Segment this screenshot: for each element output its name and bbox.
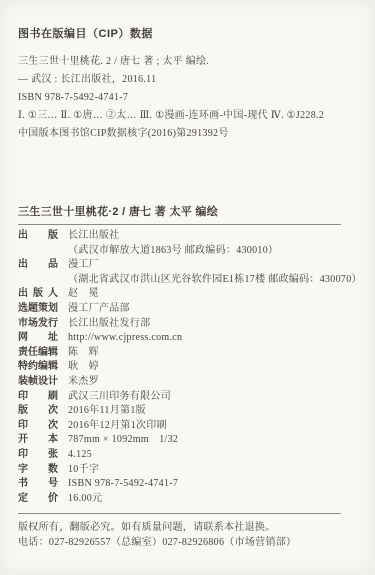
row-label: 特约编辑 [18, 360, 58, 375]
row-value: 米杰罗 [68, 375, 99, 390]
cip-line-isbn: ISBN 978-7-5492-4741-7 [18, 89, 361, 107]
row-value: 长江出版社 [68, 229, 120, 244]
row-design: 装帧设计 米杰罗 [18, 375, 361, 390]
row-label: 印刷 [18, 390, 58, 405]
row-label: 选题策划 [18, 302, 58, 317]
row-label: 印次 [18, 419, 58, 434]
row-label: 市场发行 [18, 317, 58, 332]
cip-line-record-number: 中国版本图书馆CIP数据核字(2016)第291392号 [18, 125, 361, 143]
copyright-notice: 版权所有，翻版必究。如有质量问题，请联系本社退换。 [18, 521, 341, 536]
row-managing-editor: 责任编辑 陈 辉 [18, 346, 361, 361]
footer-notice: 版权所有，翻版必究。如有质量问题，请联系本社退换。 电话：027-8292655… [18, 513, 341, 550]
row-value: 16.00元 [68, 492, 102, 507]
row-impression: 印次 2016年12月第1次印刷 [18, 419, 361, 434]
cip-heading: 图书在版编目（CIP）数据 [18, 28, 361, 41]
row-label: 版次 [18, 404, 58, 419]
row-label: 出品 [18, 258, 58, 273]
row-label: 书号 [18, 477, 58, 492]
row-producer: 出品 漫工厂 [18, 258, 361, 273]
colophon-rows: 出版 长江出版社 （武汉市解放大道1863号 邮政编码：430010） 出品 漫… [18, 229, 361, 506]
row-label: 开本 [18, 433, 58, 448]
row-producer-address: （湖北省武汉市洪山区光谷软件园E1栋17楼 邮政编码：430070） [18, 273, 361, 288]
row-value: 2016年11月第1版 [68, 404, 146, 419]
row-price: 定价 16.00元 [18, 492, 361, 507]
row-value: 耿 婷 [68, 360, 99, 375]
row-distribution: 市场发行 长江出版社发行部 [18, 317, 361, 332]
row-special-editor: 特约编辑 耿 婷 [18, 360, 361, 375]
row-value: 4.125 [68, 448, 92, 463]
row-publisher-address: （武汉市解放大道1863号 邮政编码：430010） [18, 244, 361, 259]
row-value: 漫工厂产品部 [68, 302, 130, 317]
row-value website-url: http://www.cjpress.com.cn [68, 331, 182, 346]
contact-phones: 电话：027-82926557（总编室）027-82926806（市场营销部） [18, 536, 341, 551]
row-website: 网址 http://www.cjpress.com.cn [18, 331, 361, 346]
row-label: 网址 [18, 331, 58, 346]
cip-line-publisher: — 武汉 : 长江出版社，2016.11 [18, 71, 361, 89]
row-value: 陈 辉 [68, 346, 99, 361]
row-value: （湖北省武汉市洪山区光谷软件园E1栋17楼 邮政编码：430070） [68, 273, 362, 288]
row-printer: 印刷 武汉三川印务有限公司 [18, 390, 361, 405]
colophon-title: 三生三世十里桃花·2 / 唐七 著 太平 编绘 [18, 205, 341, 225]
row-publisher-person: 出版人 赵 冕 [18, 287, 361, 302]
row-value: ISBN 978-7-5492-4741-7 [68, 477, 178, 492]
row-label: 出版 [18, 229, 58, 244]
colophon-block: 三生三世十里桃花·2 / 唐七 著 太平 编绘 出版 长江出版社 （武汉市解放大… [18, 205, 361, 506]
cip-block: 图书在版编目（CIP）数据 三生三世十里桃花. 2 / 唐七 著 ; 太平 编绘… [18, 28, 361, 143]
row-label [18, 244, 58, 259]
row-label: 定价 [18, 492, 58, 507]
row-label: 印张 [18, 448, 58, 463]
row-label: 责任编辑 [18, 346, 58, 361]
cip-line-title-statement: 三生三世十里桃花. 2 / 唐七 著 ; 太平 编绘. [18, 53, 361, 71]
row-label: 装帧设计 [18, 375, 58, 390]
row-value: 10千字 [68, 463, 99, 478]
row-label [18, 273, 58, 288]
row-publisher: 出版 长江出版社 [18, 229, 361, 244]
row-isbn: 书号 ISBN 978-7-5492-4741-7 [18, 477, 361, 492]
row-value: 787mm × 1092mm 1/32 [68, 433, 178, 448]
row-value: （武汉市解放大道1863号 邮政编码：430010） [68, 244, 278, 259]
row-topic-planning: 选题策划 漫工厂产品部 [18, 302, 361, 317]
row-edition: 版次 2016年11月第1版 [18, 404, 361, 419]
row-printed-sheets: 印张 4.125 [18, 448, 361, 463]
row-label: 字数 [18, 463, 58, 478]
row-word-count: 字数 10千字 [18, 463, 361, 478]
row-value: 赵 冕 [68, 287, 99, 302]
row-value: 武汉三川印务有限公司 [68, 390, 171, 405]
cip-line-classification: Ⅰ. ①三… Ⅱ. ①唐… ②太… Ⅲ. ①漫画-连环画-中国-现代 Ⅳ. ①J… [18, 107, 361, 125]
book-copyright-page: 图书在版编目（CIP）数据 三生三世十里桃花. 2 / 唐七 著 ; 太平 编绘… [0, 0, 375, 575]
row-value: 2016年12月第1次印刷 [68, 419, 167, 434]
row-value: 长江出版社发行部 [68, 317, 150, 332]
page-content: 图书在版编目（CIP）数据 三生三世十里桃花. 2 / 唐七 著 ; 太平 编绘… [0, 0, 375, 550]
row-value: 漫工厂 [68, 258, 99, 273]
row-format: 开本 787mm × 1092mm 1/32 [18, 433, 361, 448]
row-label: 出版人 [18, 287, 58, 302]
